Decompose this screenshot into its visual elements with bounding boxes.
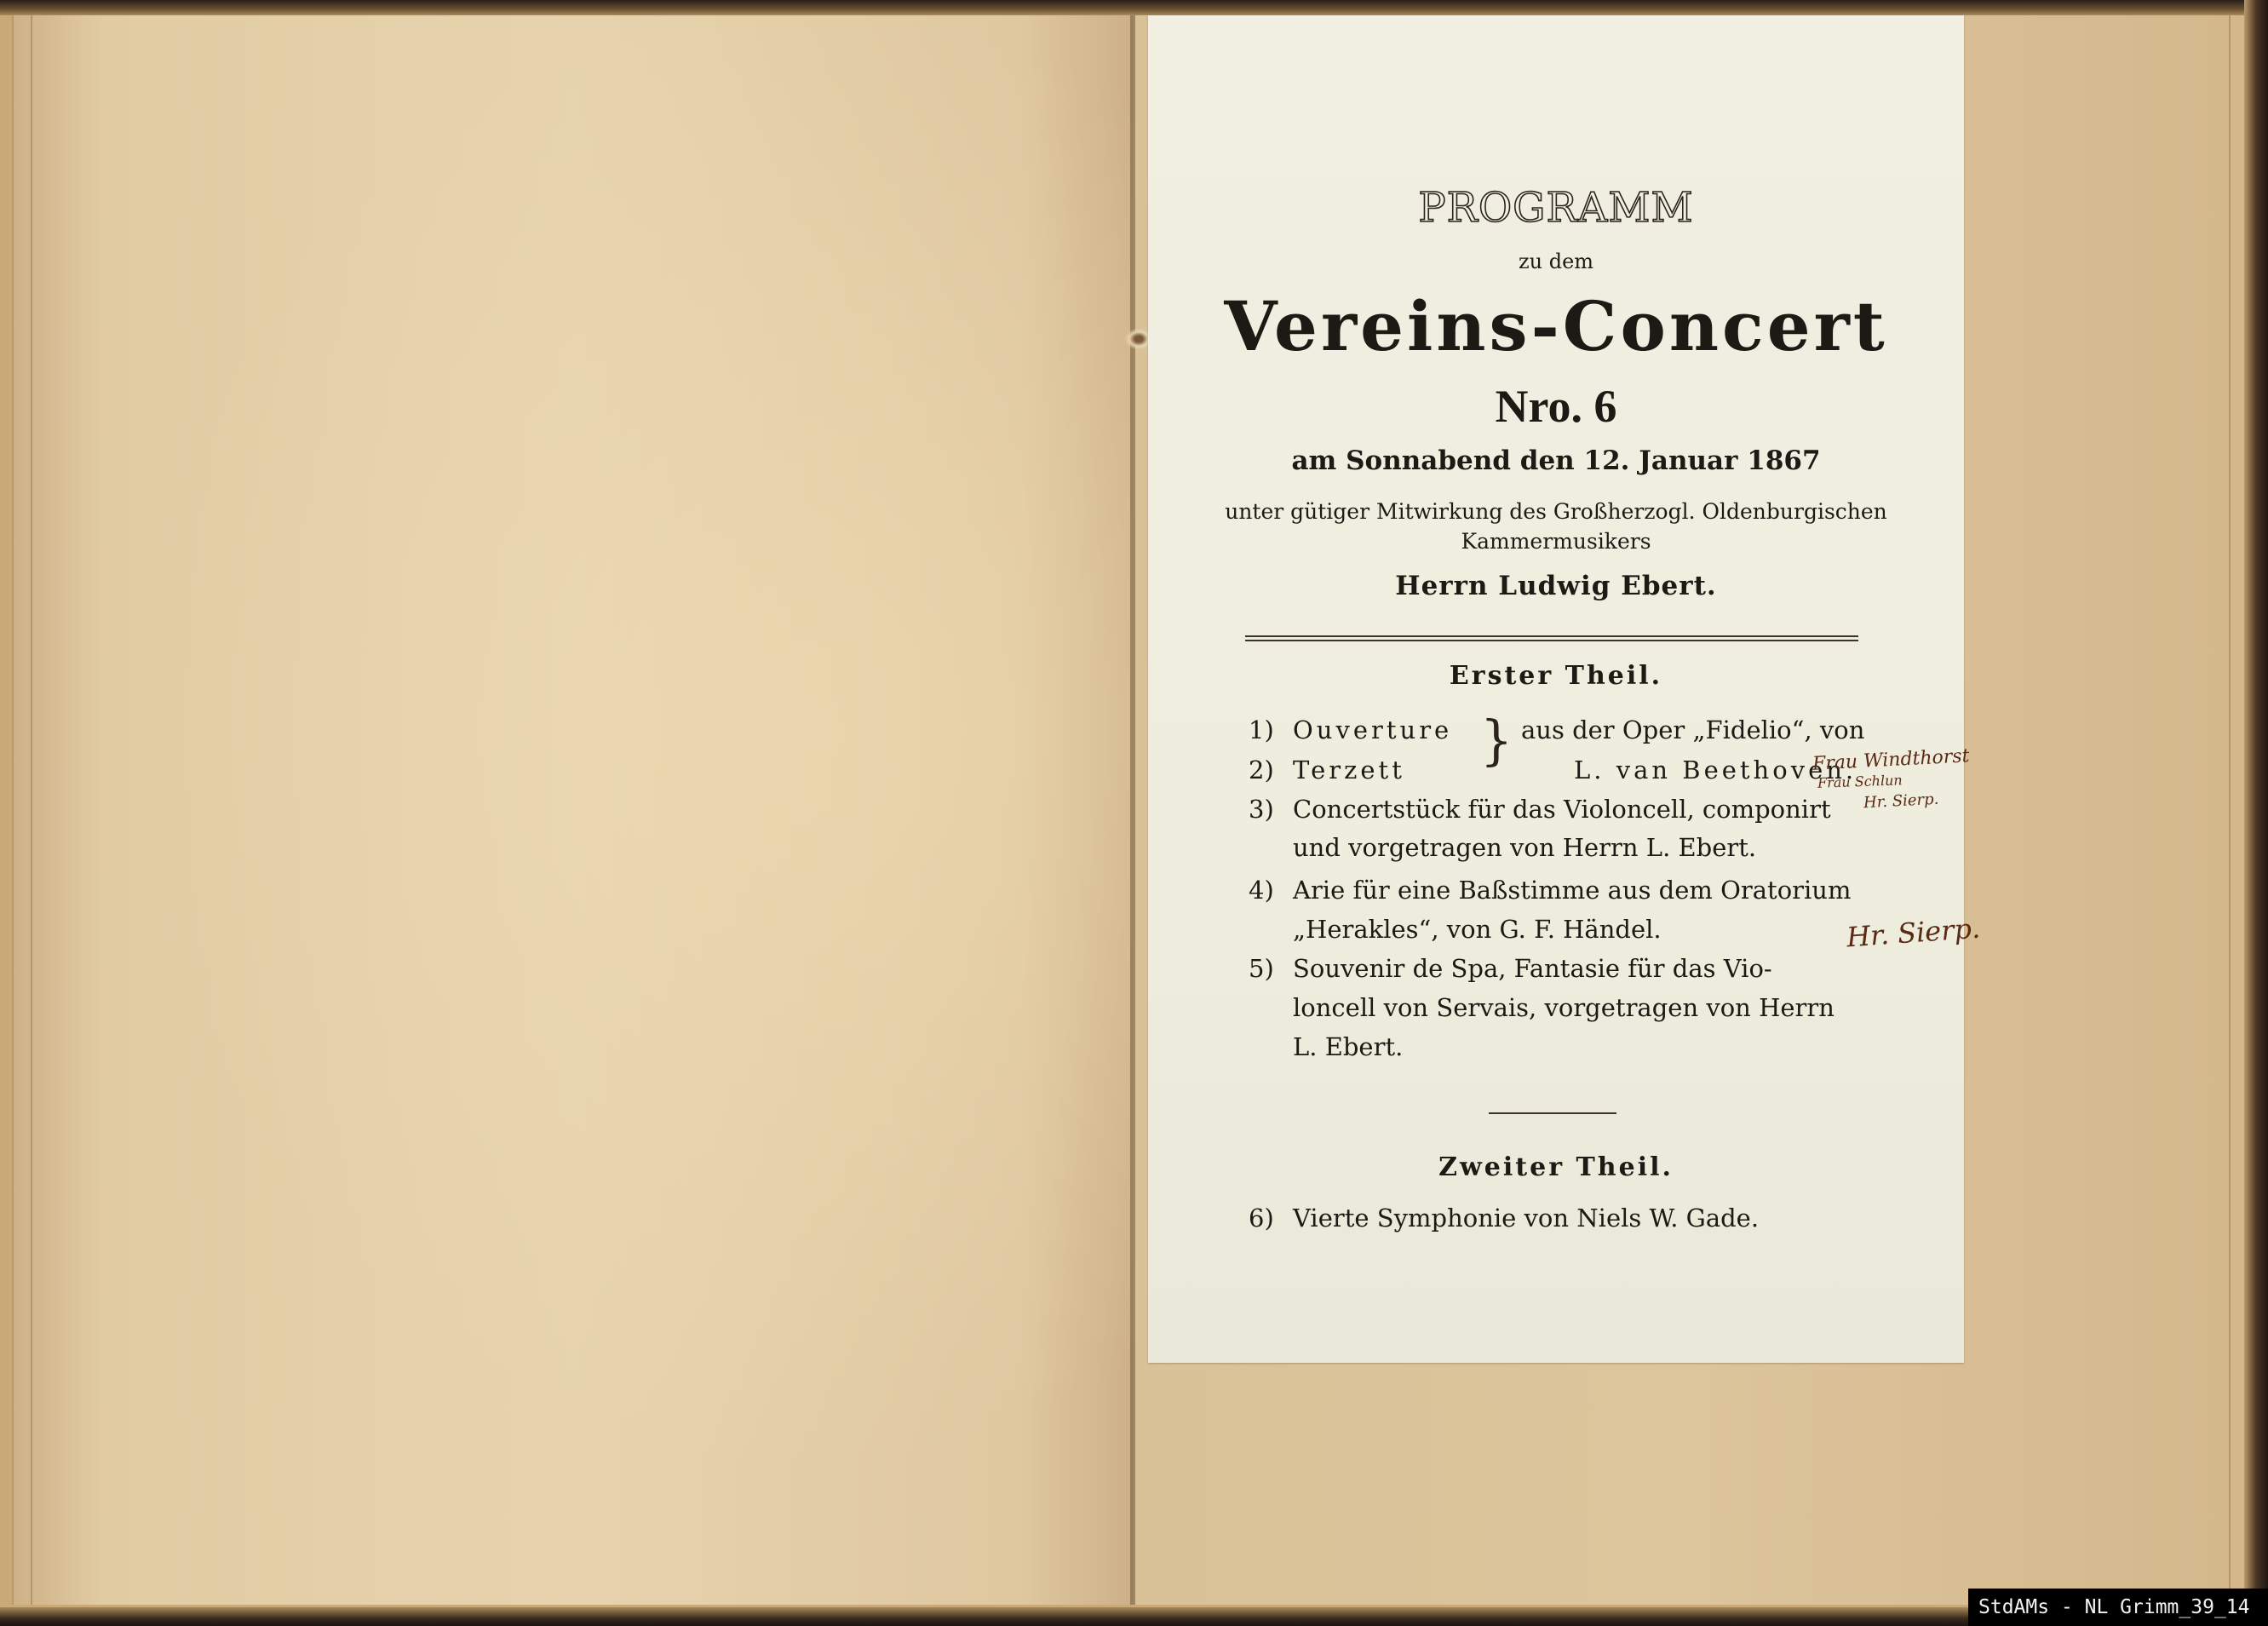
short-divider (1489, 1112, 1616, 1114)
part-1-heading: Erster Theil. (1148, 661, 1964, 691)
gutter-line-right (1133, 15, 1135, 1605)
item-number: 5) (1249, 954, 1293, 983)
handwritten-note-4: Hr. Sierp. (1846, 912, 1981, 954)
item-text: L. Ebert. (1293, 1032, 1403, 1061)
item-number: 3) (1249, 795, 1293, 824)
right-page-edge-line (2229, 15, 2231, 1605)
collaboration-line-1: unter gütiger Mitwirkung des Großherzogl… (1148, 499, 1964, 524)
collaboration-line-2: Kammermusikers (1148, 529, 1964, 554)
item-number: 6) (1249, 1204, 1293, 1232)
programme-item-5-cont-2: L. Ebert. (1293, 1032, 1403, 1061)
item-detail: aus der Oper „Fidelio“, von (1521, 715, 1864, 744)
item-number: 2) (1249, 756, 1293, 784)
item-text: loncell von Servais, vorgetragen von Her… (1293, 993, 1834, 1022)
left-page-blank (12, 15, 1133, 1605)
archive-reference-label: StdAMs - NL Grimm_39_14 (1968, 1589, 2268, 1626)
left-page-fold-line (31, 15, 32, 1605)
item-text: und vorgetragen von Herrn L. Ebert. (1293, 833, 1756, 862)
programme-item-3: 3)Concertstück für das Violoncell, compo… (1249, 795, 1831, 824)
programme-item-4-cont: „Herakles“, von G. F. Händel. (1293, 915, 1662, 944)
programme-item-5: 5)Souvenir de Spa, Fantasie für das Vio- (1249, 954, 1772, 983)
programme-subtitle: zu dem (1148, 250, 1964, 273)
concert-date: am Sonnabend den 12. Januar 1867 (1148, 445, 1964, 476)
part-2-heading: Zweiter Theil. (1148, 1152, 1964, 1182)
item-title: Vierte Symphonie von Niels W. Gade. (1293, 1204, 1759, 1232)
event-name: Vereins-Concert (1148, 286, 1964, 366)
item-title: Concertstück für das Violoncell, componi… (1293, 795, 1831, 824)
double-divider (1245, 635, 1858, 641)
programme-item-3-cont: und vorgetragen von Herrn L. Ebert. (1293, 833, 1756, 862)
soloist-name: Herrn Ludwig Ebert. (1148, 571, 1964, 601)
brace-bracket: } (1480, 715, 1513, 768)
handwritten-note-2: Frau Schlun (1817, 772, 1903, 790)
item-title: Souvenir de Spa, Fantasie für das Vio- (1293, 954, 1772, 983)
programme-item-1: 1)Ouverture (1249, 715, 1452, 744)
programme-title: PROGRAMM (1148, 184, 1964, 232)
item-title: Terzett (1293, 756, 1405, 784)
concert-number: Nro. 6 (1148, 380, 1964, 433)
item-number: 4) (1249, 876, 1293, 905)
item-text: „Herakles“, von G. F. Händel. (1293, 915, 1662, 944)
item-title: Ouverture (1293, 715, 1452, 744)
programme-item-6: 6)Vierte Symphonie von Niels W. Gade. (1249, 1204, 1759, 1232)
programme-leaflet: PROGRAMM zu dem Vereins-Concert Nro. 6 a… (1148, 15, 1964, 1363)
handwritten-note-1: Frau Windthorst (1812, 745, 1970, 775)
book-bottom-edge (0, 1607, 2268, 1626)
book-right-edge (2244, 0, 2268, 1626)
programme-item-5-cont: loncell von Servais, vorgetragen von Her… (1293, 993, 1834, 1022)
item-number: 1) (1249, 715, 1293, 744)
programme-item-4: 4)Arie für eine Baßstimme aus dem Orator… (1249, 876, 1851, 905)
programme-item-1-detail: aus der Oper „Fidelio“, von (1521, 715, 1864, 744)
handwritten-note-3: Hr. Sierp. (1863, 790, 1939, 813)
item-title: Arie für eine Baßstimme aus dem Oratoriu… (1293, 876, 1851, 905)
programme-item-2: 2)Terzett (1249, 756, 1405, 784)
book-spread: PROGRAMM zu dem Vereins-Concert Nro. 6 a… (0, 0, 2268, 1626)
book-top-edge (0, 0, 2268, 15)
